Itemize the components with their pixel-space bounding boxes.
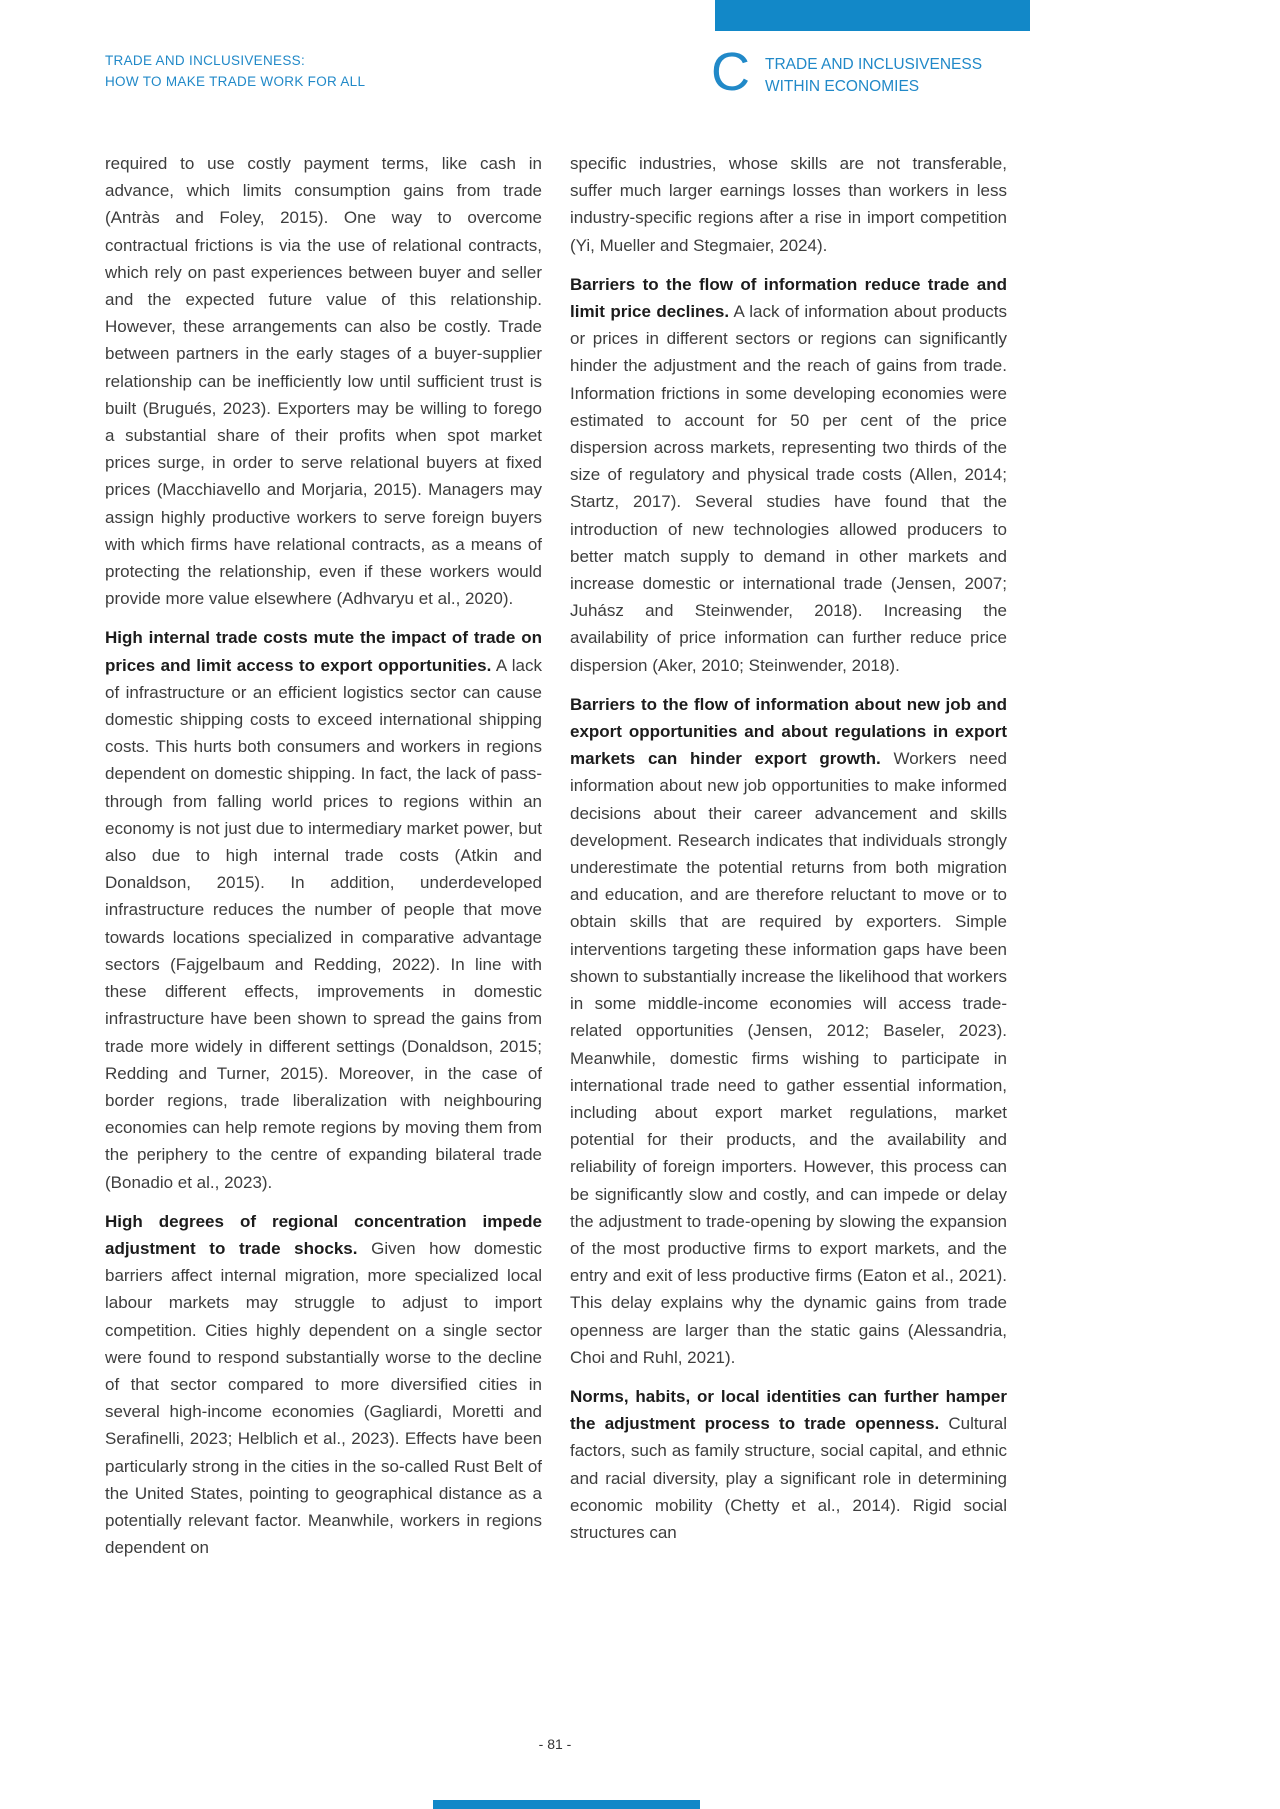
running-title-line1: TRADE AND INCLUSIVENESS:	[105, 51, 365, 72]
paragraph-lead: High internal trade costs mute the impac…	[105, 628, 542, 674]
paragraph: specific industries, whose skills are no…	[570, 150, 1007, 259]
paragraph-text: Workers need information about new job o…	[570, 749, 1007, 1366]
paragraph-text: Cultural factors, such as family structu…	[570, 1414, 1007, 1542]
section-header: C TRADE AND INCLUSIVENESS WITHIN ECONOMI…	[711, 47, 982, 97]
section-title-line2: WITHIN ECONOMIES	[765, 76, 982, 98]
footer-accent-bar	[433, 1800, 700, 1809]
paragraph: High internal trade costs mute the impac…	[105, 624, 542, 1195]
document-page: TRADE AND INCLUSIVENESS: HOW TO MAKE TRA…	[0, 0, 1280, 1809]
paragraph: Barriers to the flow of information abou…	[570, 691, 1007, 1371]
running-title-line2: HOW TO MAKE TRADE WORK FOR ALL	[105, 72, 365, 93]
page-number: - 81 -	[105, 1736, 1005, 1752]
running-title: TRADE AND INCLUSIVENESS: HOW TO MAKE TRA…	[105, 51, 365, 92]
right-column: specific industries, whose skills are no…	[570, 150, 1007, 1558]
section-letter: C	[711, 47, 750, 97]
paragraph-text: Given how domestic barriers affect inter…	[105, 1239, 542, 1557]
paragraph: required to use costly payment terms, li…	[105, 150, 542, 612]
paragraph-lead: Norms, habits, or local identities can f…	[570, 1387, 1007, 1433]
section-title: TRADE AND INCLUSIVENESS WITHIN ECONOMIES	[765, 47, 982, 97]
paragraph-text: required to use costly payment terms, li…	[105, 154, 542, 608]
paragraph: Norms, habits, or local identities can f…	[570, 1383, 1007, 1546]
paragraph: High degrees of regional concentration i…	[105, 1208, 542, 1562]
section-title-line1: TRADE AND INCLUSIVENESS	[765, 54, 982, 76]
paragraph-text: A lack of infrastructure or an efficient…	[105, 656, 542, 1192]
paragraph: Barriers to the flow of information redu…	[570, 271, 1007, 679]
header-accent-bar	[715, 0, 1030, 31]
paragraph-text: specific industries, whose skills are no…	[570, 154, 1007, 255]
paragraph-text: A lack of information about products or …	[570, 302, 1007, 675]
left-column: required to use costly payment terms, li…	[105, 150, 542, 1573]
